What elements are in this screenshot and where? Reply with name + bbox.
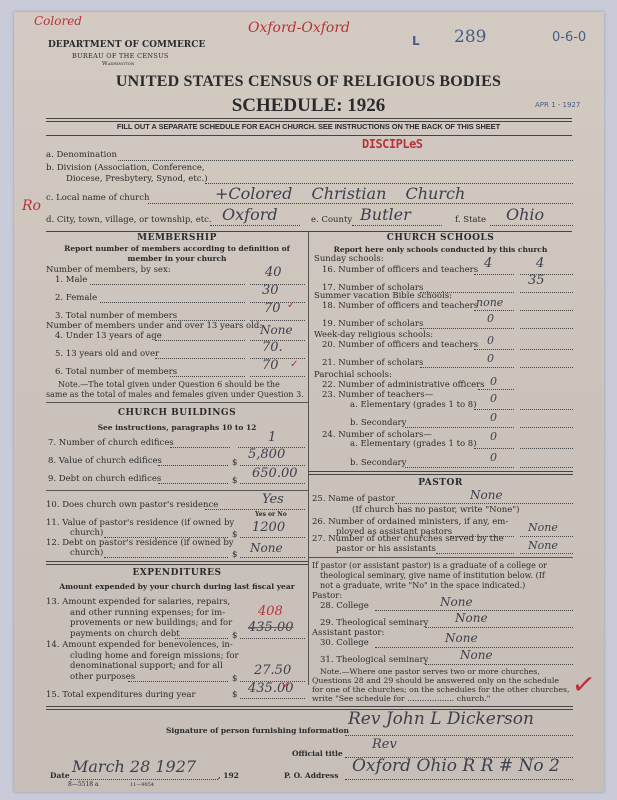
q25-label: 25. Name of pastor bbox=[312, 494, 395, 504]
q14-label: 14. Amount expended for benevolences, in… bbox=[46, 640, 239, 682]
schools-intro: Report here only schools conducted by th… bbox=[308, 245, 573, 254]
total-members-value: 70 bbox=[264, 301, 281, 316]
total-expenditures-field[interactable] bbox=[240, 698, 305, 699]
benevolences-value: 27.50 bbox=[254, 663, 291, 678]
membership-intro-1: Report number of members according to de… bbox=[46, 244, 308, 253]
divider bbox=[46, 490, 308, 491]
state-value: Ohio bbox=[506, 205, 544, 224]
summer-scholars-field[interactable] bbox=[420, 328, 514, 329]
official-title-label: Official title bbox=[292, 749, 343, 758]
po-address-label: P. O. Address bbox=[284, 771, 338, 780]
graduate-note-2: theological seminary, give name of insti… bbox=[320, 571, 545, 580]
denomination-value: DISCIPLeS bbox=[362, 137, 423, 151]
weekday-officers-field-2[interactable] bbox=[520, 349, 573, 350]
running-expenses-correction: 408 bbox=[258, 604, 283, 619]
sunday-officers-value-2: 4 bbox=[536, 256, 544, 271]
membership-intro-2: member in your church bbox=[46, 254, 308, 263]
teachers-elementary-field-2[interactable] bbox=[520, 409, 573, 410]
city-value: Oxford bbox=[222, 205, 278, 224]
expenditures-intro: Amount expended by your church during la… bbox=[46, 582, 308, 591]
teachers-elementary-value: 0 bbox=[490, 392, 497, 405]
running-expenses-value: 435.00 bbox=[248, 620, 294, 635]
form-number: 8—5518 a bbox=[68, 781, 99, 788]
teachers-elementary-field[interactable] bbox=[474, 409, 514, 410]
owns-residence-value: Yes bbox=[262, 492, 284, 507]
dept-name: DEPARTMENT OF COMMERCE bbox=[48, 40, 205, 50]
pastor-note-2: Questions 28 and 29 should be answered o… bbox=[312, 676, 559, 685]
q12-label-1: 12. Debt on pastor's residence (if owned… bbox=[46, 538, 234, 548]
q14-line: 14. Amount expended for benevolences, in… bbox=[46, 640, 239, 651]
q23-label: 23. Number of teachers— bbox=[322, 390, 433, 400]
admin-officers-value: 0 bbox=[490, 375, 497, 388]
q31-label: 31. Theological seminary bbox=[320, 655, 428, 665]
weekday-scholars-value: 0 bbox=[487, 352, 494, 365]
church-edifices-value: 1 bbox=[268, 430, 276, 445]
state-field[interactable] bbox=[490, 225, 573, 226]
admin-officers-field[interactable] bbox=[478, 389, 514, 390]
total-members-age-field[interactable] bbox=[250, 376, 305, 377]
q27-label-1: 27. Number of other churches served by t… bbox=[312, 534, 504, 544]
checkmark-icon: ✓ bbox=[290, 359, 298, 370]
assistant-college-value: None bbox=[445, 631, 478, 645]
owns-residence-field[interactable] bbox=[205, 509, 305, 510]
pastor-title: PASTOR bbox=[308, 478, 573, 488]
page-subtitle: SCHEDULE: 1926 bbox=[0, 95, 617, 117]
annotation-colored: Colored bbox=[34, 14, 82, 28]
stamp-code: 0-6-0 bbox=[552, 30, 586, 45]
q29-label: 29. Theological seminary bbox=[320, 618, 428, 628]
residence-debt-field[interactable] bbox=[240, 557, 305, 558]
teachers-secondary-value: 0 bbox=[490, 411, 497, 424]
weekday-scholars-field-2[interactable] bbox=[520, 367, 573, 368]
q11-label-2: church) bbox=[70, 528, 103, 538]
local-name-field[interactable] bbox=[148, 203, 573, 204]
state-label: f. State bbox=[455, 215, 486, 225]
weekday-officers-value: 0 bbox=[487, 334, 494, 347]
summer-scholars-field-2[interactable] bbox=[520, 328, 573, 329]
other-churches-value: None bbox=[528, 539, 558, 552]
signature-value: Rev John L Dickerson bbox=[348, 709, 534, 729]
pastor-note-1: Note.—Where one pastor serves two or mor… bbox=[320, 667, 540, 676]
yes-no-hint: Yes or No bbox=[255, 511, 287, 518]
leader-dots bbox=[155, 358, 245, 359]
county-label: e. County bbox=[311, 215, 352, 225]
leader-dots bbox=[175, 638, 228, 639]
checkmark-icon: ✓ bbox=[570, 667, 598, 703]
edifice-value: 5,800 bbox=[248, 447, 285, 462]
scholars-secondary-field[interactable] bbox=[405, 467, 514, 468]
q1-label: 1. Male bbox=[55, 275, 87, 285]
division-label-1: b. Division (Association, Conference, bbox=[46, 163, 205, 173]
edifice-debt-value: 650.00 bbox=[252, 466, 298, 481]
division-label-2: Diocese, Presbytery, Synod, etc.) bbox=[66, 174, 208, 184]
q3-label: 3. Total number of members bbox=[55, 311, 177, 321]
stamp-number: 289 bbox=[454, 27, 486, 47]
pastor-seminary-field[interactable] bbox=[425, 627, 573, 628]
assistant-seminary-value: None bbox=[460, 648, 493, 662]
q19-label: 19. Number of scholars bbox=[322, 319, 423, 329]
city-label: d. City, town, village, or township, etc… bbox=[46, 215, 212, 225]
checkmark-icon: ✓ bbox=[287, 300, 295, 311]
bureau-name: BUREAU OF THE CENSUS bbox=[72, 52, 169, 60]
residence-debt-value: None bbox=[250, 541, 283, 555]
membership-note-1: Note.—The total given under Question 6 s… bbox=[58, 380, 280, 389]
q30-label: 30. College bbox=[320, 638, 369, 648]
margin-mark: Ro bbox=[22, 198, 41, 214]
leader-dots bbox=[104, 557, 228, 558]
assistant-seminary-field[interactable] bbox=[425, 664, 573, 665]
po-address-value: Oxford Ohio R R # No 2 bbox=[352, 756, 560, 776]
denomination-label: a. Denomination bbox=[46, 150, 117, 160]
teachers-secondary-field[interactable] bbox=[405, 427, 514, 428]
dollar-sign: $ bbox=[232, 690, 237, 700]
q7-label: 7. Number of church edifices bbox=[48, 438, 174, 448]
pastor-note-4: write "See schedule for ................… bbox=[312, 694, 490, 703]
other-churches-field[interactable] bbox=[520, 553, 573, 554]
county-field[interactable] bbox=[352, 225, 442, 226]
summer-officers-field[interactable] bbox=[474, 310, 514, 311]
divider bbox=[46, 231, 572, 232]
sunday-schools-label: Sunday schools: bbox=[314, 254, 384, 264]
date-label: Date bbox=[50, 771, 70, 780]
page-title: UNITED STATES CENSUS OF RELIGIOUS BODIES bbox=[0, 73, 617, 91]
leader-dots bbox=[170, 376, 245, 377]
divider bbox=[46, 135, 572, 136]
pastor-seminary-value: None bbox=[455, 611, 488, 625]
female-value: 30 bbox=[262, 283, 279, 298]
county-value: Butler bbox=[360, 205, 411, 224]
divider bbox=[308, 557, 573, 558]
instruction-banner: FILL OUT A SEPARATE SCHEDULE FOR EACH CH… bbox=[0, 122, 617, 131]
by-age-label: Number of members under and over 13 year… bbox=[46, 321, 262, 331]
under-13-value: None bbox=[260, 323, 293, 337]
residence-value: 1200 bbox=[252, 520, 285, 535]
schools-title: CHURCH SCHOOLS bbox=[308, 233, 573, 243]
leader-dots bbox=[90, 284, 245, 285]
by-sex-label: Number of members, by sex: bbox=[46, 265, 171, 275]
summer-schools-label: Summer vacation Bible schools: bbox=[314, 291, 452, 301]
scholars-elementary-field[interactable] bbox=[474, 448, 514, 449]
weekday-scholars-field[interactable] bbox=[420, 367, 514, 368]
q5-label: 5. 13 years old and over bbox=[55, 349, 159, 359]
received-stamp: APR 1 - 1927 bbox=[535, 101, 580, 109]
dollar-sign: $ bbox=[232, 550, 237, 560]
date-year-suffix: , 192 bbox=[218, 771, 239, 780]
q14-line: cluding home and foreign missions; for bbox=[46, 651, 239, 662]
sunday-scholars-value: 35 bbox=[528, 273, 545, 288]
q21-label: 21. Number of scholars bbox=[322, 358, 423, 368]
checkmark-icon: ✓ bbox=[282, 678, 291, 691]
total-members-age-value: 70 bbox=[262, 358, 279, 373]
divider bbox=[308, 471, 573, 475]
parochial-schools-label: Parochial schools: bbox=[314, 370, 392, 380]
assistant-subheader: Assistant pastor: bbox=[312, 628, 384, 638]
dollar-sign: $ bbox=[232, 476, 237, 486]
q2-label: 2. Female bbox=[55, 293, 97, 303]
teachers-secondary-field-2[interactable] bbox=[520, 427, 573, 428]
weekday-schools-label: Week-day religious schools: bbox=[314, 330, 433, 340]
q13-line: 13. Amount expended for salaries, repair… bbox=[46, 597, 232, 608]
leader-dots bbox=[100, 302, 245, 303]
leader-dots bbox=[128, 681, 228, 682]
q28-label: 28. College bbox=[320, 601, 369, 611]
q18-label: 18. Number of officers and teachers bbox=[322, 301, 478, 311]
q13-line: provements or new buildings; and for bbox=[46, 618, 232, 629]
scholars-elementary-value: 0 bbox=[490, 430, 497, 443]
q14-line: denominational support; and for all bbox=[46, 661, 239, 672]
q25-hint: (If church has no pastor, write "None") bbox=[352, 505, 519, 515]
stamp-mark: L bbox=[412, 34, 420, 48]
official-title-value: Rev bbox=[372, 737, 397, 752]
q8-label: 8. Value of church edifices bbox=[48, 456, 162, 466]
q13-line: and other running expenses; for im- bbox=[46, 608, 232, 619]
graduate-note-1: If pastor (or assistant pastor) is a gra… bbox=[312, 561, 547, 570]
assistant-pastors-value: None bbox=[528, 521, 558, 534]
expenditures-title: EXPENDITURES bbox=[46, 568, 308, 578]
pastor-note-3: for one of the churches; on the schedule… bbox=[312, 685, 570, 694]
membership-title: MEMBERSHIP bbox=[46, 233, 308, 243]
q23a-label: a. Elementary (grades 1 to 8) bbox=[350, 400, 477, 410]
pastor-name-value: None bbox=[470, 488, 503, 502]
signature-field[interactable] bbox=[345, 735, 573, 736]
annotation-oxford: Oxford-Oxford bbox=[248, 20, 350, 36]
pastor-college-value: None bbox=[440, 595, 473, 609]
q10-label: 10. Does church own pastor's residence bbox=[46, 500, 218, 510]
po-address-field[interactable] bbox=[345, 779, 573, 780]
dollar-sign: $ bbox=[232, 674, 237, 684]
summer-officers-value: none bbox=[476, 296, 503, 309]
q24a-label: a. Elementary (grades 1 to 8) bbox=[350, 439, 477, 449]
bureau-city: Washington bbox=[102, 61, 135, 67]
column-divider bbox=[308, 231, 309, 685]
q4-label: 4. Under 13 years of age bbox=[55, 331, 162, 341]
denomination-field[interactable] bbox=[118, 160, 573, 161]
summer-officers-field-2[interactable] bbox=[520, 310, 573, 311]
dollar-sign: $ bbox=[232, 458, 237, 468]
running-expenses-field[interactable] bbox=[240, 638, 305, 639]
sunday-scholars-field[interactable] bbox=[520, 292, 573, 293]
q22-label: 22. Number of administrative officers bbox=[322, 380, 485, 390]
local-name-value: +Colored Christian Church bbox=[215, 184, 465, 203]
edifice-debt-field[interactable] bbox=[240, 483, 305, 484]
membership-note-2: same as the total of males and females g… bbox=[46, 390, 304, 399]
q20-label: 20. Number of officers and teachers bbox=[322, 340, 478, 350]
date-value: March 28 1927 bbox=[72, 757, 196, 776]
local-name-label: c. Local name of church bbox=[46, 193, 149, 203]
leader-dots bbox=[436, 553, 514, 554]
q13-label: 13. Amount expended for salaries, repair… bbox=[46, 597, 232, 639]
pastor-subheader: Pastor: bbox=[312, 591, 342, 601]
scholars-secondary-value: 0 bbox=[490, 451, 497, 464]
leader-dots bbox=[155, 340, 245, 341]
divider bbox=[46, 561, 308, 565]
buildings-title: CHURCH BUILDINGS bbox=[46, 408, 308, 418]
q27-label-2: pastor or his assistants bbox=[336, 544, 436, 554]
q9-label: 9. Debt on church edifices bbox=[48, 474, 161, 484]
scholars-secondary-field-2[interactable] bbox=[520, 467, 573, 468]
leader-dots bbox=[158, 465, 228, 466]
q11-label-1: 11. Value of pastor's residence (if owne… bbox=[46, 518, 234, 528]
q16-label: 16. Number of officers and teachers bbox=[322, 265, 478, 275]
residence-value-field[interactable] bbox=[240, 537, 305, 538]
over-13-value: 70. bbox=[262, 340, 283, 355]
pastor-name-field[interactable] bbox=[395, 503, 573, 504]
q12-label-2: church) bbox=[70, 548, 103, 558]
signature-label: Signature of person furnishing informati… bbox=[166, 726, 349, 735]
male-value: 40 bbox=[265, 265, 282, 280]
sunday-officers-value: 4 bbox=[484, 256, 492, 271]
weekday-officers-field[interactable] bbox=[474, 349, 514, 350]
q23b-label: b. Secondary bbox=[350, 418, 406, 428]
scholars-elementary-field-2[interactable] bbox=[520, 448, 573, 449]
date-field[interactable] bbox=[70, 779, 218, 780]
q6-label: 6. Total number of members bbox=[55, 367, 177, 377]
q15-label: 15. Total expenditures during year bbox=[46, 690, 196, 700]
sunday-officers-field[interactable] bbox=[474, 274, 514, 275]
leader-dots bbox=[158, 483, 228, 484]
assistant-pastors-field[interactable] bbox=[520, 536, 573, 537]
leader-dots bbox=[170, 447, 230, 448]
divider bbox=[46, 402, 308, 403]
q26-label-1: 26. Number of ordained ministers, if any… bbox=[312, 517, 508, 527]
summer-scholars-value: 0 bbox=[487, 312, 494, 325]
graduate-note-3: not a graduate, write "No" in the space … bbox=[320, 581, 525, 590]
print-number: 11—9054 bbox=[130, 782, 154, 788]
q24b-label: b. Secondary bbox=[350, 458, 406, 468]
city-field[interactable] bbox=[210, 225, 300, 226]
